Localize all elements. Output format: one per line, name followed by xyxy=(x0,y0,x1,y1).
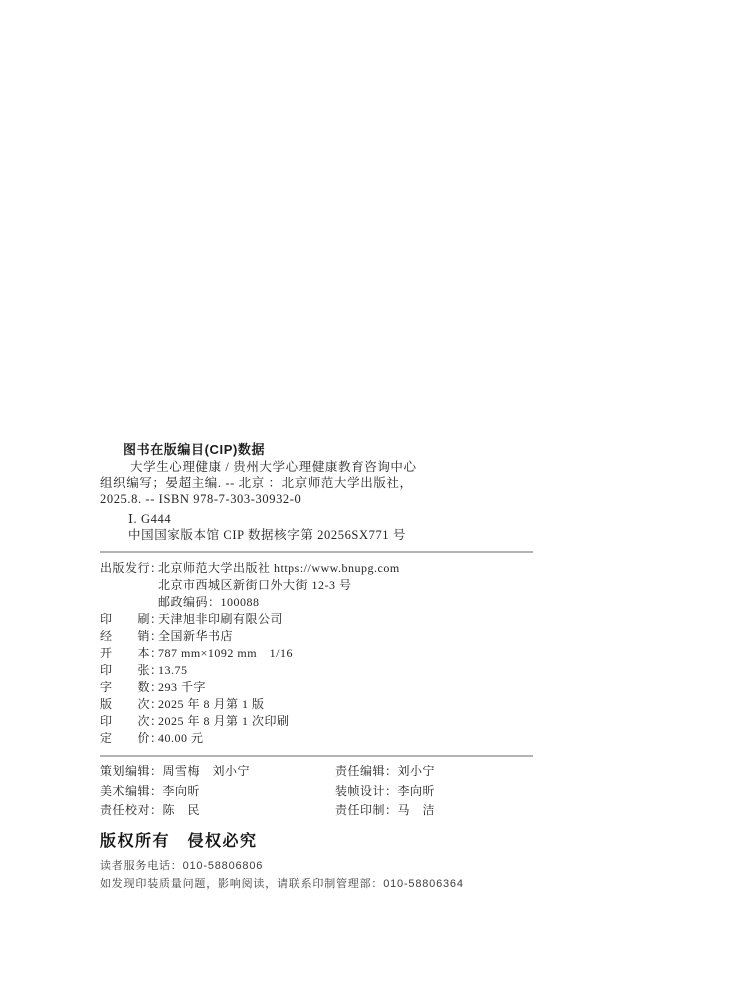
imprint-row-address: 北京市西城区新街口外大街 12-3 号 xyxy=(100,577,540,594)
imprint-value: 2025 年 8 月第 1 次印刷 xyxy=(158,713,290,730)
imprint-label: 印 刷： xyxy=(100,611,158,628)
credit-responsible-editor: 责任编辑：刘小宁 xyxy=(335,762,435,782)
imprint-value: 北京师范大学出版社 https://www.bnupg.com xyxy=(158,560,400,577)
cip-line-registry-number: 中国国家版本馆 CIP 数据核字第 20256SX771 号 xyxy=(100,527,540,543)
imprint-value: 40.00 元 xyxy=(158,730,204,747)
imprint-row-distributor: 经 销： 全国新华书店 xyxy=(100,628,540,645)
cip-section: 图书在版编目(CIP)数据 大学生心理健康 / 贵州大学心理健康教育咨询中心 组… xyxy=(100,441,540,543)
book-copyright-page: 图书在版编目(CIP)数据 大学生心理健康 / 贵州大学心理健康教育咨询中心 组… xyxy=(0,0,750,1001)
imprint-value: 293 千字 xyxy=(158,679,206,696)
credit-proofreader: 责任校对：陈 民 xyxy=(100,801,335,821)
copyright-notice-section: 版权所有 侵权必究 读者服务电话：010-58806806 如发现印装质量问题，… xyxy=(100,831,560,893)
imprint-row-wordcount: 字 数： 293 千字 xyxy=(100,679,540,696)
imprint-value: 邮政编码：100088 xyxy=(158,594,260,611)
credit-binding-designer: 装帧设计：李向昕 xyxy=(335,782,435,802)
credit-planning-editor: 策划编辑：周雪梅 刘小宁 xyxy=(100,762,335,782)
imprint-value: 天津旭非印刷有限公司 xyxy=(158,611,283,628)
cip-heading: 图书在版编目(CIP)数据 xyxy=(100,441,540,459)
cip-line-classification: Ⅰ. G444 xyxy=(100,511,540,527)
imprint-value: 北京市西城区新街口外大街 12-3 号 xyxy=(158,577,352,594)
divider-top xyxy=(100,551,533,553)
imprint-value: 2025 年 8 月第 1 版 xyxy=(158,696,265,713)
imprint-label: 出版发行： xyxy=(100,560,158,577)
imprint-row-postcode: 邮政编码：100088 xyxy=(100,594,540,611)
print-quality-contact: 如发现印装质量问题，影响阅读，请联系印制管理部：010-58806364 xyxy=(100,875,560,893)
imprint-label: 定 价： xyxy=(100,730,158,747)
imprint-label: 版 次： xyxy=(100,696,158,713)
imprint-label xyxy=(100,594,158,611)
imprint-row-edition: 版 次： 2025 年 8 月第 1 版 xyxy=(100,696,540,713)
imprint-value: 787 mm×1092 mm 1/16 xyxy=(158,645,293,662)
divider-bottom xyxy=(100,755,533,757)
imprint-row-printer: 印 刷： 天津旭非印刷有限公司 xyxy=(100,611,540,628)
imprint-label xyxy=(100,577,158,594)
imprint-label: 印 次： xyxy=(100,713,158,730)
cip-line-isbn: 2025.8. -- ISBN 978-7-303-30932-0 xyxy=(100,491,540,507)
cip-line-editors: 组织编写；晏超主编. -- 北京 ：北京师范大学出版社， xyxy=(100,475,540,491)
imprint-row-sheets: 印 张： 13.75 xyxy=(100,662,540,679)
credits-right-column: 责任编辑：刘小宁 装帧设计：李向昕 责任印制：马 洁 xyxy=(335,762,435,821)
imprint-row-printing: 印 次： 2025 年 8 月第 1 次印刷 xyxy=(100,713,540,730)
reader-service-phone: 读者服务电话：010-58806806 xyxy=(100,857,560,875)
imprint-row-price: 定 价： 40.00 元 xyxy=(100,730,540,747)
imprint-value: 13.75 xyxy=(158,662,188,679)
credits-left-column: 策划编辑：周雪梅 刘小宁 美术编辑：李向昕 责任校对：陈 民 xyxy=(100,762,335,821)
imprint-value: 全国新华书店 xyxy=(158,628,233,645)
imprint-section: 出版发行： 北京师范大学出版社 https://www.bnupg.com 北京… xyxy=(100,560,540,747)
imprint-label: 经 销： xyxy=(100,628,158,645)
imprint-label: 开 本： xyxy=(100,645,158,662)
cip-line-title: 大学生心理健康 / 贵州大学心理健康教育咨询中心 xyxy=(100,459,540,475)
credit-print-supervisor: 责任印制：马 洁 xyxy=(335,801,435,821)
credits-section: 策划编辑：周雪梅 刘小宁 美术编辑：李向昕 责任校对：陈 民 责任编辑：刘小宁 … xyxy=(100,762,540,821)
imprint-row-publisher: 出版发行： 北京师范大学出版社 https://www.bnupg.com xyxy=(100,560,540,577)
imprint-label: 印 张： xyxy=(100,662,158,679)
imprint-label: 字 数： xyxy=(100,679,158,696)
copyright-notice-heading: 版权所有 侵权必究 xyxy=(100,831,560,853)
imprint-row-format: 开 本： 787 mm×1092 mm 1/16 xyxy=(100,645,540,662)
credit-art-editor: 美术编辑：李向昕 xyxy=(100,782,335,802)
